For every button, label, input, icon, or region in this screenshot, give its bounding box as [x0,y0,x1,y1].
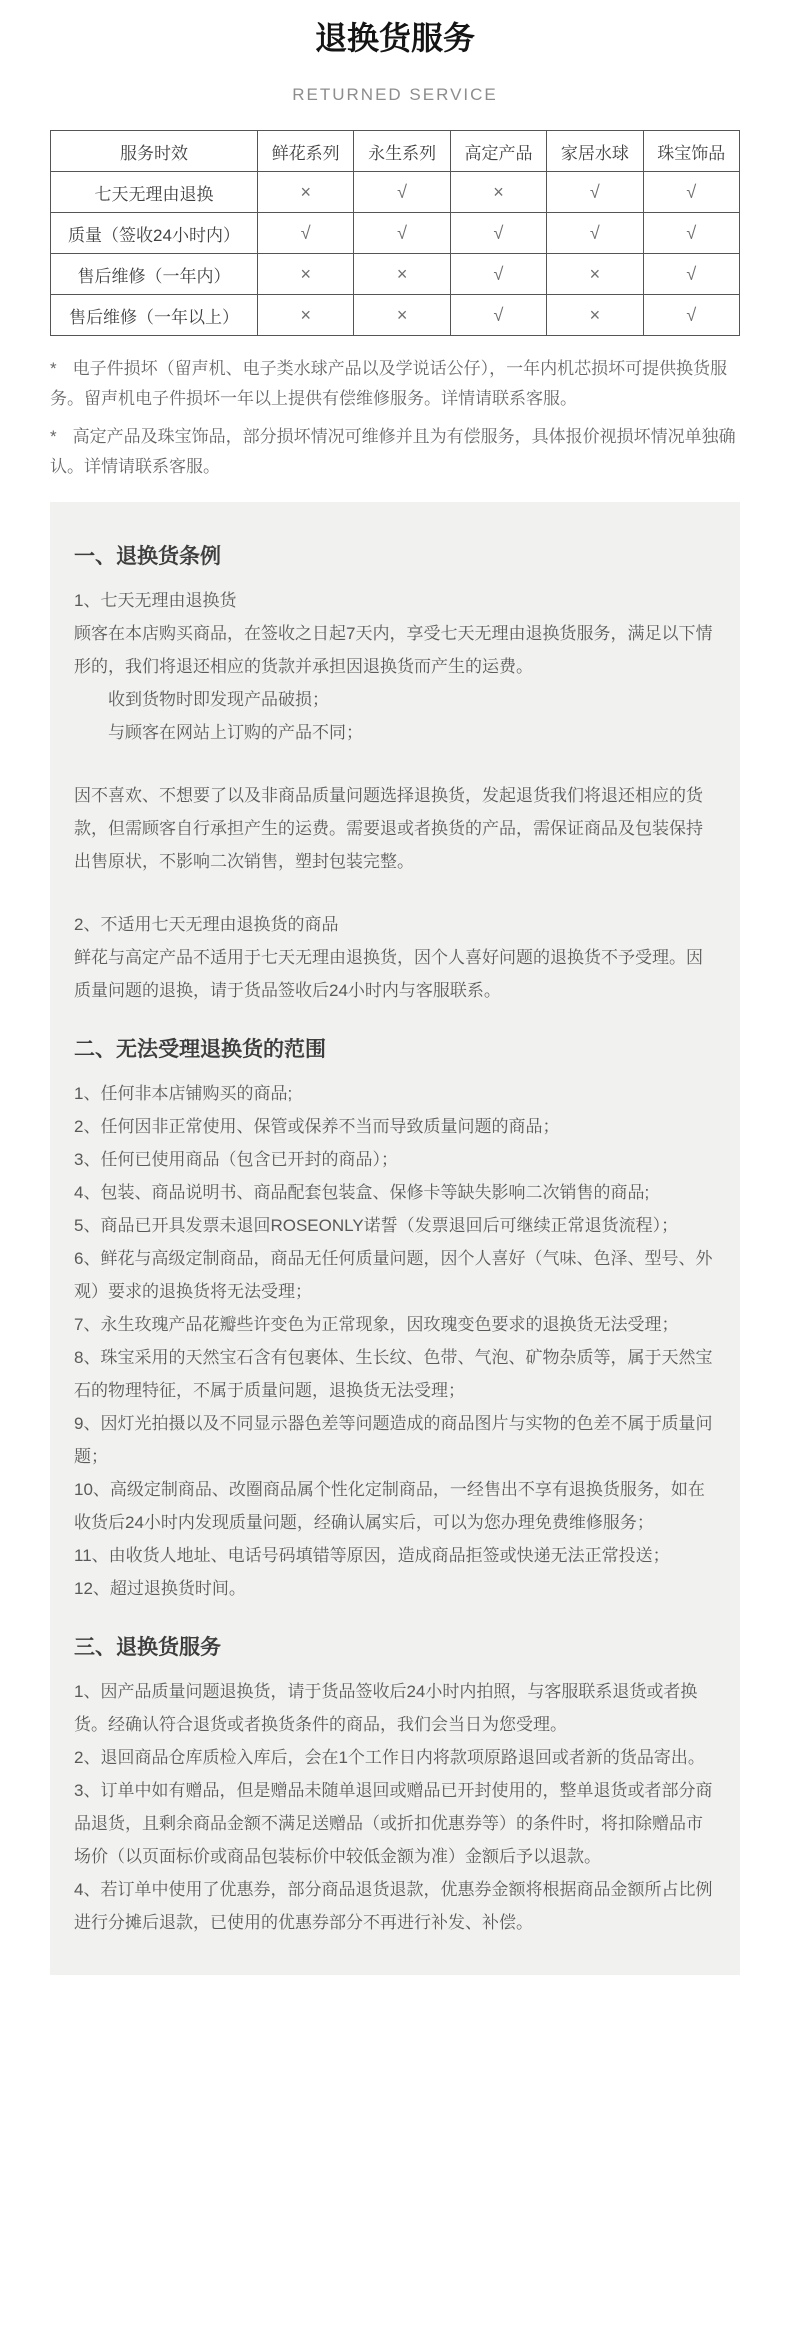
list-item: 2、退回商品仓库质检入库后，会在1个工作日内将款项原路退回或者新的货品寄出。 [74,1741,716,1774]
section-title: 二、无法受理退换货的范围 [74,1035,716,1065]
row-label: 售后维修（一年以上） [51,295,258,336]
list-item: 4、包装、商品说明书、商品配套包装盒、保修卡等缺失影响二次销售的商品; [74,1176,716,1209]
header-fresh-flower-series: 鲜花系列 [258,131,354,172]
spacer [74,878,716,908]
table-header-row: 服务时效 鲜花系列 永生系列 高定产品 家居水球 珠宝饰品 [51,131,740,172]
cross-mark-icon: × [258,254,354,295]
check-mark-icon: √ [258,213,354,254]
check-mark-icon: √ [643,295,739,336]
row-label: 质量（签收24小时内） [51,213,258,254]
list-item: 12、超过退换货时间。 [74,1572,716,1605]
table-row: 七天无理由退换 × √ × √ √ [51,172,740,213]
check-mark-icon: √ [354,172,450,213]
list-item: 3、订单中如有赠品，但是赠品未随单退回或赠品已开封使用的，整单退货或者部分商品退… [74,1774,716,1873]
section-return-service: 三、退换货服务 1、因产品质量问题退换货，请于货品签收后24小时内拍照，与客服联… [74,1633,716,1939]
policy-paragraph: 鲜花与高定产品不适用于七天无理由退换货，因个人喜好问题的退换货不予受理。因质量问… [74,941,716,1007]
check-mark-icon: √ [643,213,739,254]
list-item: 5、商品已开具发票未退回ROSEONLY诺誓（发票退回后可继续正常退货流程）； [74,1209,716,1242]
list-item: 2、任何因非正常使用、保管或保养不当而导致质量问题的商品； [74,1110,716,1143]
list-item: 10、高级定制商品、改圈商品属个性化定制商品，一经售出不享有退换货服务，如在收货… [74,1473,716,1539]
cross-mark-icon: × [547,254,643,295]
check-mark-icon: √ [450,213,546,254]
list-item: 1、因产品质量问题退换货，请于货品签收后24小时内拍照，与客服联系退货或者换货。… [74,1675,716,1741]
cross-mark-icon: × [258,172,354,213]
list-item: 1、任何非本店铺购买的商品; [74,1077,716,1110]
list-item: 7、永生玫瑰产品花瓣些许变色为正常现象，因玫瑰变色要求的退换货无法受理； [74,1308,716,1341]
footnote-electronics: *电子件损坏（留声机、电子类水球产品以及学说话公仔），一年内机芯损坏可提供换货服… [50,354,740,414]
list-item: 9、因灯光拍摄以及不同显示器色差等问题造成的商品图片与实物的色差不属于质量问题； [74,1407,716,1473]
subsection-title: 2、不适用七天无理由退换货的商品 [74,908,716,941]
footnote-text: 高定产品及珠宝饰品，部分损坏情况可维修并且为有偿服务，具体报价视损坏情况单独确认… [50,427,736,476]
section-title: 一、退换货条例 [74,542,716,572]
header-jewelry: 珠宝饰品 [643,131,739,172]
policy-panel: 一、退换货条例 1、七天无理由退换货 顾客在本店购买商品，在签收之日起7天内，享… [50,502,740,1975]
table-footnotes: *电子件损坏（留声机、电子类水球产品以及学说话公仔），一年内机芯损坏可提供换货服… [50,354,740,482]
table-row: 售后维修（一年内） × × √ × √ [51,254,740,295]
policy-bullet: 与顾客在网站上订购的产品不同； [74,716,716,749]
page-title: 退换货服务 [0,18,790,58]
header-service-timeliness: 服务时效 [51,131,258,172]
list-item: 3、任何已使用商品（包含已开封的商品）； [74,1143,716,1176]
check-mark-icon: √ [643,172,739,213]
list-item: 6、鲜花与高级定制商品，商品无任何质量问题，因个人喜好（气味、色泽、型号、外观）… [74,1242,716,1308]
check-mark-icon: √ [547,213,643,254]
check-mark-icon: √ [450,295,546,336]
list-item: 11、由收货人地址、电话号码填错等原因，造成商品拒签或快递无法正常投送； [74,1539,716,1572]
header-preserved-series: 永生系列 [354,131,450,172]
subsection-title: 1、七天无理由退换货 [74,584,716,617]
footnote-text: 电子件损坏（留声机、电子类水球产品以及学说话公仔），一年内机芯损坏可提供换货服务… [50,359,727,408]
section-non-returnable-scope: 二、无法受理退换货的范围 1、任何非本店铺购买的商品; 2、任何因非正常使用、保… [74,1035,716,1605]
policy-paragraph: 因不喜欢、不想要了以及非商品质量问题选择退换货，发起退货我们将退还相应的货款，但… [74,779,716,878]
page-subtitle: RETURNED SERVICE [0,84,790,106]
section-title: 三、退换货服务 [74,1633,716,1663]
row-label: 七天无理由退换 [51,172,258,213]
cross-mark-icon: × [450,172,546,213]
footnote-couture-jewelry: *高定产品及珠宝饰品，部分损坏情况可维修并且为有偿服务，具体报价视损坏情况单独确… [50,422,740,482]
spacer [74,749,716,779]
asterisk-marker: * [50,354,73,384]
list-item: 4、若订单中使用了优惠券，部分商品退货退款，优惠券金额将根据商品金额所占比例进行… [74,1873,716,1939]
asterisk-marker: * [50,422,73,452]
check-mark-icon: √ [547,172,643,213]
cross-mark-icon: × [354,254,450,295]
section-return-policy: 一、退换货条例 1、七天无理由退换货 顾客在本店购买商品，在签收之日起7天内，享… [74,542,716,1007]
policy-bullet: 收到货物时即发现产品破损； [74,683,716,716]
cross-mark-icon: × [258,295,354,336]
table-row: 质量（签收24小时内） √ √ √ √ √ [51,213,740,254]
cross-mark-icon: × [547,295,643,336]
header-haute-couture-products: 高定产品 [450,131,546,172]
table-row: 售后维修（一年以上） × × √ × √ [51,295,740,336]
check-mark-icon: √ [643,254,739,295]
list-item: 8、珠宝采用的天然宝石含有包裹体、生长纹、色带、气泡、矿物杂质等，属于天然宝石的… [74,1341,716,1407]
row-label: 售后维修（一年内） [51,254,258,295]
cross-mark-icon: × [354,295,450,336]
check-mark-icon: √ [354,213,450,254]
service-policy-table: 服务时效 鲜花系列 永生系列 高定产品 家居水球 珠宝饰品 七天无理由退换 × … [50,130,740,336]
check-mark-icon: √ [450,254,546,295]
policy-paragraph: 顾客在本店购买商品，在签收之日起7天内，享受七天无理由退换货服务，满足以下情形的… [74,617,716,683]
return-service-page: 退换货服务 RETURNED SERVICE 服务时效 鲜花系列 永生系列 高定… [0,0,790,2035]
header-home-waterball: 家居水球 [547,131,643,172]
